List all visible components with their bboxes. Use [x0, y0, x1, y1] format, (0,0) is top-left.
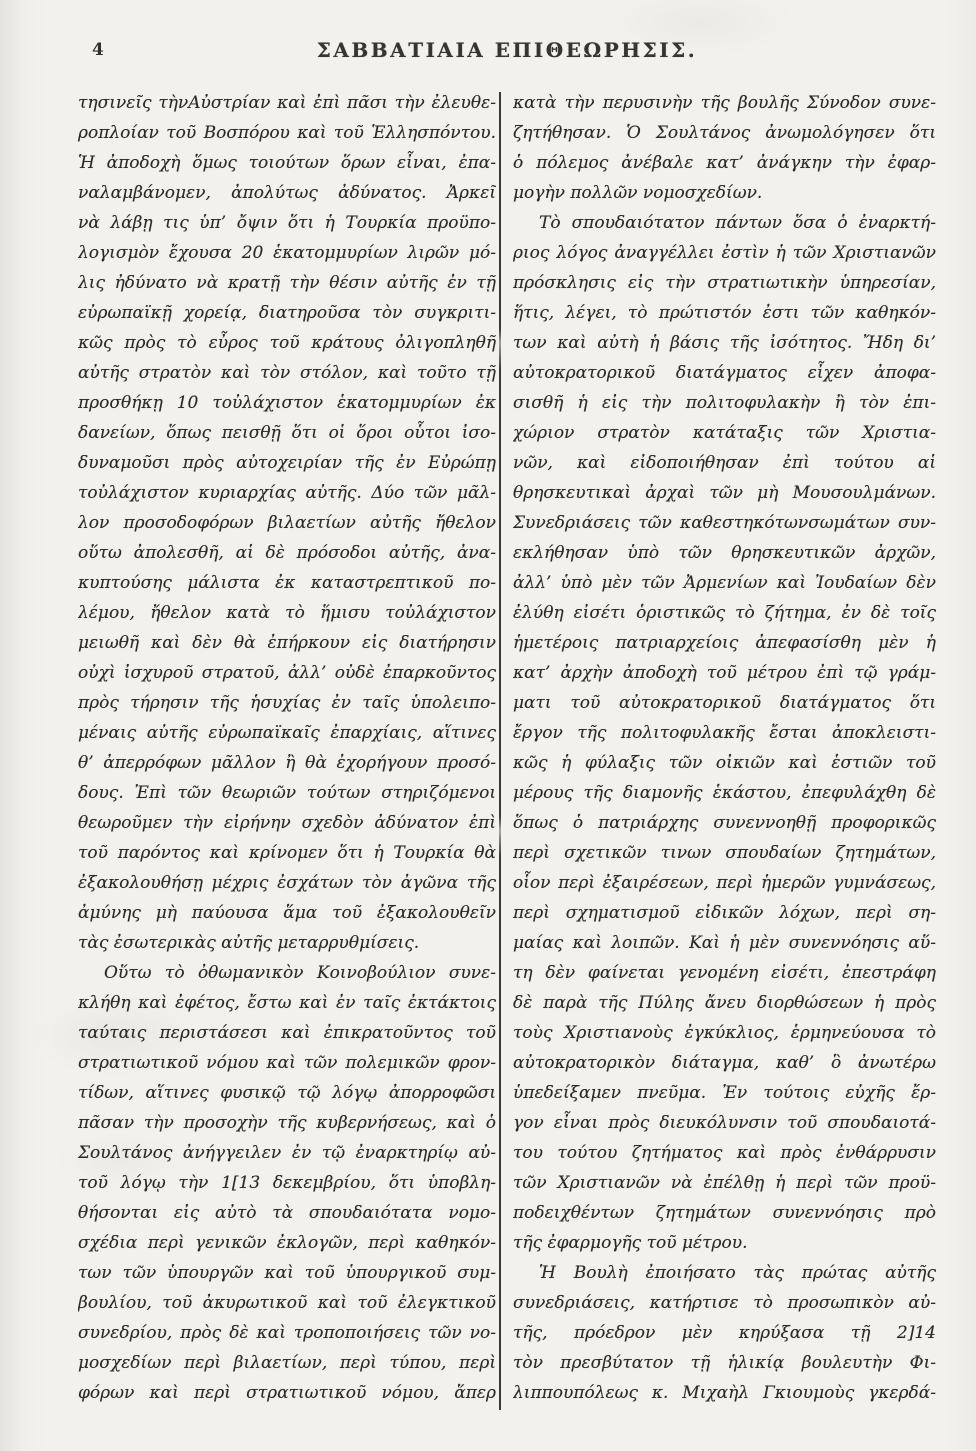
text-line: περὶ σχηματισμοῦ εἰδικῶν λόχων, περὶ ση-	[513, 898, 936, 928]
text-line: μέρους τῆς διαμονῆς ἑκάστου, ἐπεφυλάχθη …	[513, 778, 936, 808]
text-line: συνεδρίου, πρὸς δὲ καὶ τροποποιήσεις τῶν…	[78, 1318, 496, 1348]
text-line: στρατιωτικοῦ νόμου καὶ τῶν πολεμικῶν φρο…	[78, 1048, 496, 1078]
text-line: Οὕτω τὸ ὀθωμανικὸν Κοινοβούλιον συνε-	[78, 958, 496, 988]
text-line: θεωροῦμεν τὴν εἰρήνην σχεδὸν ἀδύνατον ἐπ…	[78, 808, 496, 838]
text-line: μογὴν πολλῶν νομοσχεδίων.	[513, 178, 936, 208]
scanned-document-page: 4 ΣΑΒΒΑΤΙΑΙΑ ΕΠΙΘΕΩΡΗΣΙΣ. τησινεῖς τὴνΑὐ…	[0, 0, 976, 1451]
text-line: τησινεῖς τὴνΑὐστρίαν καὶ ἐπὶ πᾶσι τὴν ἐλ…	[78, 88, 496, 118]
text-line: δανείων, ὅπως πεισθῇ ὅτι οἱ ὅροι οὗτοι ἰ…	[78, 418, 496, 448]
text-line: κυπτούσης μάλιστα ἐκ καταστρεπτικοῦ πο-	[78, 568, 496, 598]
text-line: οὕτω ἀπολεσθῆ, αἱ δὲ πρόσοδοι αὐτῆς, ἀνα…	[78, 538, 496, 568]
text-line: ζητήθησαν. Ὁ Σουλτάνος ἀνωμολόγησεν ὅτι	[513, 118, 936, 148]
text-line: σχέδια περὶ γενικῶν ἐκλογῶν, περὶ καθηκό…	[78, 1228, 496, 1258]
text-line: τοῦ παρόντος καὶ κρίνομεν ὅτι ἡ Τουρκία …	[78, 838, 496, 868]
text-line: πᾶσαν τὴν προσοχὴν τῆς κυβερνήσεως, καὶ …	[78, 1108, 496, 1138]
text-line: κῶς ἡ φύλαξις τῶν οἰκιῶν καὶ ἑστιῶν τοῦ	[513, 748, 936, 778]
text-line: πρόσκλησις εἰς τὴν στρατιωτικὴν ὑπηρεσία…	[513, 268, 936, 298]
text-line: των τῶν ὑπουργῶν καὶ τοῦ ὑπουργικοῦ συμ-	[78, 1258, 496, 1288]
text-line: Ἡ ἀποδοχὴ ὅμως τοιούτων ὅρων εἶναι, ἐπα-	[78, 148, 496, 178]
text-line: ἥτις, λέγει, τὸ πρώτιστόν ἐστι τῶν καθηκ…	[513, 298, 936, 328]
text-line: Συνεδριάσεις τῶν καθεστηκότωνσωμάτων συν…	[513, 508, 936, 538]
text-line: ἀλλ’ ὑπὸ μὲν τῶν Ἀρμενίων καὶ Ἰουδαίων δ…	[513, 568, 936, 598]
text-line: ταύταις περιστάσεσι καὶ ἐπικρατοῦντος το…	[78, 1018, 496, 1048]
text-line: τίδων, αἵτινες φυσικῷ τῷ λόγῳ ἀπορροφῶσι	[78, 1078, 496, 1108]
text-line: περὶ σχετικῶν τινων σπουδαίων ζητημάτων,	[513, 838, 936, 868]
text-line: λον προσοδοφόρων βιλαετίων αὐτῆς ἤθελον	[78, 508, 496, 538]
masthead-title: ΣΑΒΒΑΤΙΑΙΑ ΕΠΙΘΕΩΡΗΣΙΣ.	[78, 38, 936, 62]
text-line: ποδειχθέντων ζητημάτων συνεννόησις πρὸ	[513, 1198, 936, 1228]
text-line: ματι τοῦ αὐτοκρατορικοῦ διατάγματος ὅτι	[513, 688, 936, 718]
text-line: ροπλοίαν τοῦ Βοσπόρου καὶ τοῦ Ἑλλησπόντο…	[78, 118, 496, 148]
text-line: αὐτοκρατορικοῦ διατάγματος εἶχεν ἀποφα-	[513, 358, 936, 388]
text-line: δὲ παρὰ τῆς Πύλης ἄνευ διορθώσεων ἡ πρὸς	[513, 988, 936, 1018]
text-line: λέμου, ἤθελον κατὰ τὸ ἥμισυ τοὐλάχιστον	[78, 598, 496, 628]
text-line: κλήθη καὶ ἐφέτος, ἔστω καὶ ἐν ταῖς ἐκτάκ…	[78, 988, 496, 1018]
text-column-left: τησινεῖς τὴνΑὐστρίαν καὶ ἐπὶ πᾶσι τὴν ἐλ…	[78, 88, 496, 1408]
text-line: ναλαμβάνομεν, ἀπολύτως ἀδύνατος. Ἀρκεῖ	[78, 178, 496, 208]
text-line: τὰς ἐσωτερικὰς αὐτῆς μεταρρυθμίσεις.	[78, 928, 496, 958]
text-line: θήσονται εἰς αὐτὸ τὰ σπουδαιότατα νομο-	[78, 1198, 496, 1228]
text-line: βουλίου, τοῦ ἀκυρωτικοῦ καὶ τοῦ ἐλεγκτικ…	[78, 1288, 496, 1318]
text-line: αὐτοκρατορικὸν διάταγμα, καθ’ ὃ ἀνωτέρω	[513, 1048, 936, 1078]
text-line: μειωθῆ καὶ δὲν θὰ ἐπήρκουν εἰς διατήρησι…	[78, 628, 496, 658]
text-line: Σουλτάνος ἀνήγγειλεν ἐν τῷ ἐναρκτηρίῳ αὐ…	[78, 1138, 496, 1168]
text-line: λις ἠδύνατο νὰ κρατῇ τὴν θέσιν αὐτῆς ἐν …	[78, 268, 496, 298]
text-line: οὐχὶ ἰσχυροῦ στρατοῦ, ἀλλ’ οὐδὲ ἐπαρκοῦν…	[78, 658, 496, 688]
text-line: τοὐλάχιστον κυριαρχίας αὐτῆς. Δύο τῶν μᾶ…	[78, 478, 496, 508]
text-line: των καὶ αὐτὴ ἡ βάσις τῆς ἰσότητος. Ἤδη δ…	[513, 328, 936, 358]
text-line: τοῦ λόγῳ τὴν 1[13 δεκεμβρίου, ὅτι ὑποβλη…	[78, 1168, 496, 1198]
text-line: ἀμύνης μὴ παύουσα ἅμα τοῦ ἐξακολουθεῖν	[78, 898, 496, 928]
text-line: του τούτου ζητήματος καὶ πρὸς ἐνθάρρυσιν	[513, 1138, 936, 1168]
text-line: δυναμοῦσι πρὸς αὐτοχειρίαν τῆς ἐν Εὐρώπῃ	[78, 448, 496, 478]
text-line: κῶς πρὸς τὸ εὖρος τοῦ κράτους ὀλιγοπληθῆ	[78, 328, 496, 358]
text-line: ἐξακολουθήσῃ μέχρις ἐσχάτων τὸν ἀγῶνα τῆ…	[78, 868, 496, 898]
text-line: λιππουπόλεως κ. Μιχαὴλ Γκιουμοὺς γκερδά-	[513, 1378, 936, 1408]
text-line: ὑπεδείξαμεν πνεῦμα. Ἐν τούτοις εὐχῆς ἔρ-	[513, 1078, 936, 1108]
text-line: γον εἶναι πρὸς διευκόλυνσιν τοῦ σπουδαιο…	[513, 1108, 936, 1138]
text-line: προσθήκῃ 10 τοὐλάχιστον ἑκατομμυρίων ἐκ	[78, 388, 496, 418]
text-line: νῶν, καὶ εἰδοποιήθησαν ἐπὶ τούτου αἱ	[513, 448, 936, 478]
text-line: τῆς, πρόεδρον μὲν κηρύξασα τῇ 2]14	[513, 1318, 936, 1348]
text-line: πρὸς τήρησιν τῆς ἡσυχίας ἐν ταῖς ὑπολειπ…	[78, 688, 496, 718]
text-line: αὐτῆς στρατὸν καὶ τὸν στόλον, καὶ τοῦτο …	[78, 358, 496, 388]
text-line: ἡμετέροις πατριαρχείοις ἀπεφασίσθη μὲν ἡ	[513, 628, 936, 658]
text-line: μοσχεδίων περὶ βιλαετίων, περὶ τύπου, πε…	[78, 1348, 496, 1378]
text-line: χώριον στρατὸν κατάταξις τῶν Χριστια-	[513, 418, 936, 448]
text-line: θρησκευτικαὶ ἀρχαὶ τῶν μὴ Μουσουλμάνων.	[513, 478, 936, 508]
text-line: δους. Ἐπὶ τῶν θεωριῶν τούτων στηριζόμενο…	[78, 778, 496, 808]
text-line: φόρων καὶ περὶ στρατιωτικοῦ νόμου, ἅπερ	[78, 1378, 496, 1408]
text-line: συνεδριάσεις, κατήρτισε τὸ προσωπικὸν αὐ…	[513, 1288, 936, 1318]
text-line: εκλήθησαν ὑπὸ τῶν θρησκευτικῶν ἀρχῶν,	[513, 538, 936, 568]
text-line: ὅπως ὁ πατριάρχης συνεννοηθῇ προφορικῶς	[513, 808, 936, 838]
text-line: Ἡ Βουλὴ ἐποιήσατο τὰς πρώτας αὐτῆς	[513, 1258, 936, 1288]
text-line: τοὺς Χριστιανοὺς ἐγκύκλιος, ἑρμηνεύουσα …	[513, 1018, 936, 1048]
text-line: τη δὲν φαίνεται γενομένη εἰσέτι, ἐπεστρά…	[513, 958, 936, 988]
text-line: ἐλύθη εἰσέτι ὁριστικῶς τὸ ζήτημα, ἐν δὲ …	[513, 598, 936, 628]
text-line: λογισμὸν ἔχουσα 20 ἑκατομμυρίων λιρῶν μό…	[78, 238, 496, 268]
text-line: τῶν Χριστιανῶν νὰ ἐπέλθῃ ἡ περὶ τῶν προϋ…	[513, 1168, 936, 1198]
text-line: κατ’ ἀρχὴν ἀποδοχὴ τοῦ μέτρου ἐπὶ τῷ γρά…	[513, 658, 936, 688]
text-line: θ’ ἀπερρόφων μᾶλλον ἢ θὰ ἐχορήγουν προσό…	[78, 748, 496, 778]
text-line: τῆς ἐφαρμογῆς τοῦ μέτρου.	[513, 1228, 936, 1258]
column-divider-rule	[499, 92, 501, 1410]
text-line: νὰ λάβῃ τις ὑπ’ ὄψιν ὅτι ἡ Τουρκία προϋπ…	[78, 208, 496, 238]
text-line: σισθῆ ἡ εἰς τὴν πολιτοφυλακὴν ἢ τὸν ἐπι-	[513, 388, 936, 418]
text-column-right: κατὰ τὴν περυσινὴν τῆς βουλῆς Σύνοδον συ…	[513, 88, 936, 1408]
text-line: εὐρωπαϊκῇ χορείᾳ, διατηροῦσα τὸν συγκριτ…	[78, 298, 496, 328]
text-line: ριος λόγος ἀναγγέλλει ἐστὶν ἡ τῶν Χριστι…	[513, 238, 936, 268]
text-line: κατὰ τὴν περυσινὴν τῆς βουλῆς Σύνοδον συ…	[513, 88, 936, 118]
text-line: οἷον περὶ ἐξαιρέσεων, περὶ ἡμερῶν γυμνάσ…	[513, 868, 936, 898]
text-line: μαίας καὶ λοιπῶν. Καὶ ἡ μὲν συνεννόησις …	[513, 928, 936, 958]
text-line: τὸν πρεσβύτατον τῇ ἡλικίᾳ βουλευτὴν Φι-	[513, 1348, 936, 1378]
text-line: ὁ πόλεμος ἀνέβαλε κατ’ ἀνάγκην τὴν ἐφαρ-	[513, 148, 936, 178]
text-line: ἔργον τῆς πολιτοφυλακῆς ἔσται ἀποκλειστι…	[513, 718, 936, 748]
text-line: μέναις αὐτῆς εὐρωπαϊκαῖς ἐπαρχίαις, αἵτι…	[78, 718, 496, 748]
text-line: Τὸ σπουδαιότατον πάντων ὅσα ὁ ἐναρκτή-	[513, 208, 936, 238]
